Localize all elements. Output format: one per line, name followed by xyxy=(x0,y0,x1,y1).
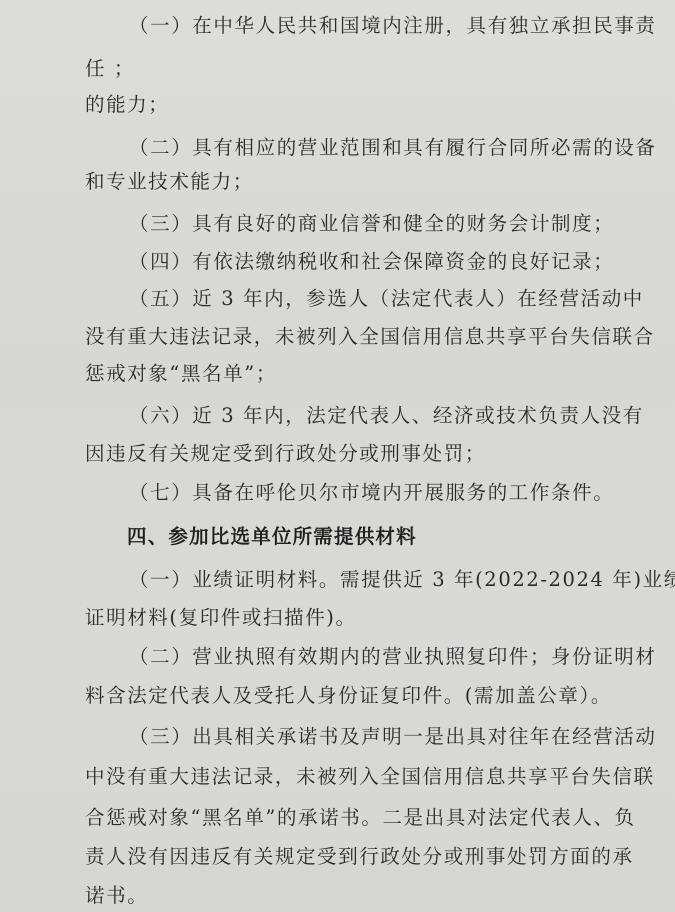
requirement-7: （七）具备在呼伦贝尔市境内开展服务的工作条件。 xyxy=(129,481,614,505)
material-1-line-2: 证明材料(复印件或扫描件)。 xyxy=(85,606,357,630)
requirement-5-line-1: （五）近 3 年内，参选人（法定代表人）在经营活动中 xyxy=(129,287,644,311)
requirement-2-line-1: （二）具有相应的营业范围和具有履行合同所必需的设备 xyxy=(129,136,657,160)
material-3-line-2: 中没有重大违法记录，未被列入全国信用信息共享平台失信联 xyxy=(85,765,655,789)
document-page: （一）在中华人民共和国境内注册，具有独立承担民事责 任 ； 的能力； （二）具有… xyxy=(0,0,675,912)
requirement-4: （四）有依法缴纳税收和社会保障资金的良好记录； xyxy=(129,250,614,274)
material-3-line-3: 合惩戒对象“黑名单”的承诺书。二是出具对法定代表人、负 xyxy=(85,806,636,830)
requirement-6-line-1: （六）近 3 年内，法定代表人、经济或技术负责人没有 xyxy=(129,404,644,428)
material-3-line-5: 诺书。 xyxy=(85,884,148,908)
section-heading: 四、参加比选单位所需提供材料 xyxy=(127,525,417,549)
requirement-1-line-1: （一）在中华人民共和国境内注册，具有独立承担民事责 xyxy=(129,14,657,38)
requirement-2-line-2: 和专业技术能力； xyxy=(85,170,254,194)
material-3-line-4: 责人没有因违反有关规定受到行政处分或刑事处罚方面的承 xyxy=(85,845,634,869)
requirement-6-line-2: 因违反有关规定受到行政处分或刑事处罚； xyxy=(85,442,486,466)
requirement-1-line-2: 任 ； xyxy=(85,57,135,81)
requirement-3: （三）具有良好的商业信誉和健全的财务会计制度； xyxy=(129,212,614,236)
material-2-line-2: 料含法定代表人及受托人身份证复印件。(需加盖公章）。 xyxy=(85,684,612,708)
requirement-5-line-3: 惩戒对象“黑名单”； xyxy=(85,362,277,386)
material-3-line-1: （三）出具相关承诺书及声明一是出具对往年在经营活动 xyxy=(129,725,657,749)
material-2-line-1: （二）营业执照有效期内的营业执照复印件；身份证明材 xyxy=(129,645,657,669)
requirement-1-line-3: 的能力； xyxy=(85,93,169,117)
requirement-5-line-2: 没有重大违法记录，未被列入全国信用信息共享平台失信联合 xyxy=(85,325,655,349)
material-1-line-1: （一）业绩证明材料。需提供近 3 年(2022-2024 年)业绩 xyxy=(129,568,675,592)
